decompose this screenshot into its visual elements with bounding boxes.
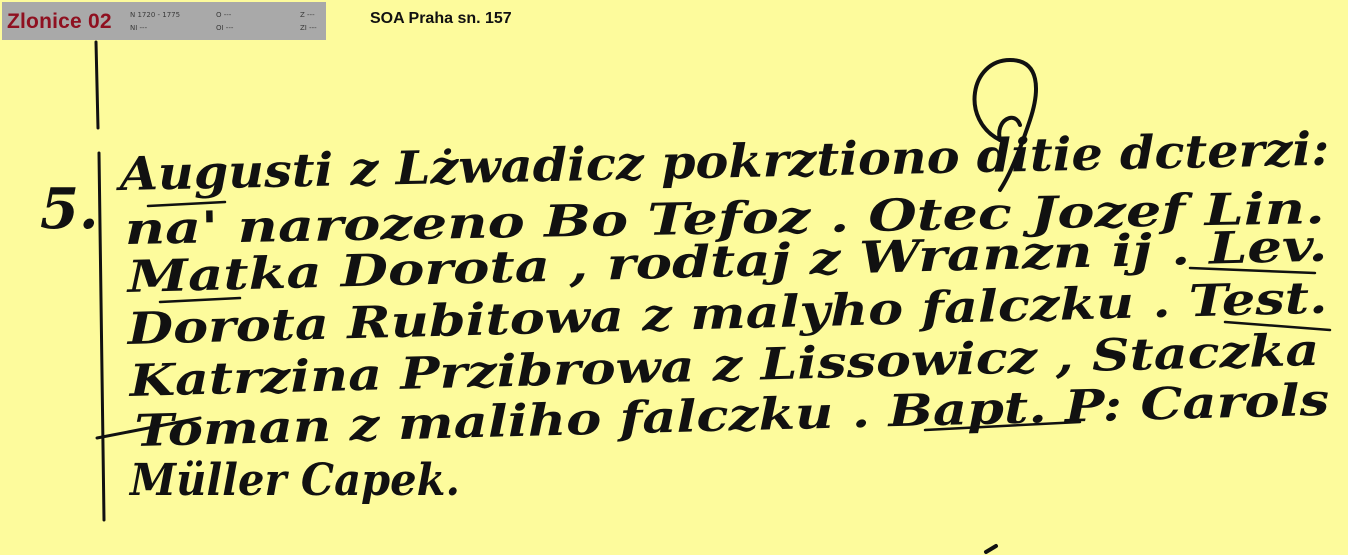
meta-z: Z --- [300,11,315,20]
handwritten-record-scan: 5. Augusti z Lżwadicz pokrztiono ditie d… [0,40,1348,555]
meta-oi: OI --- [216,24,233,33]
meta-zi: ZI --- [300,24,317,33]
document-header: Zlonice 02 N 1720 - 1775 NI --- O --- OI… [2,2,326,40]
record-line-7: Müller Capek. [128,455,460,506]
meta-o: O --- [216,11,231,20]
entry-number: 5. [40,176,98,242]
margin-rule-top [96,42,98,128]
ink-mark [986,546,996,552]
margin-rule [99,153,104,520]
meta-ni: NI --- [130,24,147,33]
parish-book-title: Zlonice 02 [7,10,112,34]
meta-n: N 1720 - 1775 [130,11,180,20]
archive-label: SOA Praha sn. 157 [370,10,512,28]
record-text: Augusti z Lżwadicz pokrztiono ditie dcte… [115,122,1330,506]
